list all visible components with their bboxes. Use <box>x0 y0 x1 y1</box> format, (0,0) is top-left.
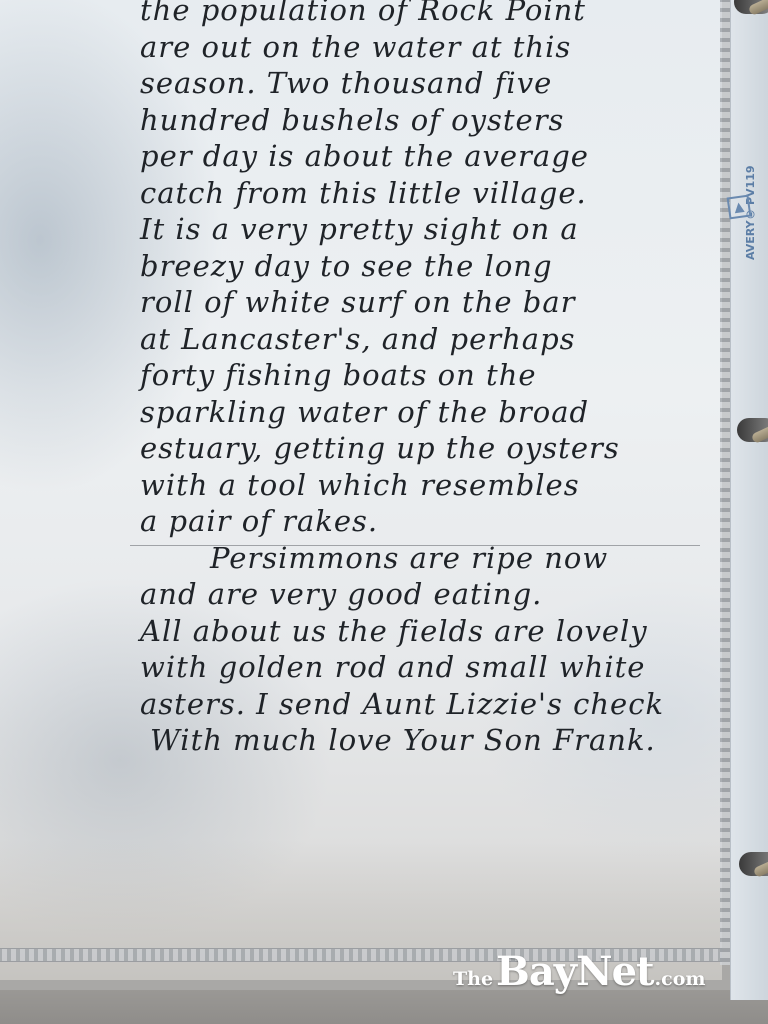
letter-line: per day is about the average <box>140 138 720 175</box>
letter-line: are out on the water at this <box>140 29 720 66</box>
letter-line: season. Two thousand five <box>140 65 720 102</box>
letter-line: estuary, getting up the oysters <box>140 430 720 467</box>
avery-triangle-logo-icon: ▲ <box>727 195 752 220</box>
letter-line: hundred bushels of oysters <box>140 102 720 139</box>
letter-line: the population of Rock Point <box>140 0 720 29</box>
avery-label: AVERY® PV119 <box>736 120 766 260</box>
letter-line: with golden rod and small white <box>140 649 720 686</box>
binder-ring-icon <box>734 0 768 14</box>
ruled-line <box>130 545 700 546</box>
letter-line: All about us the fields are lovely <box>140 613 720 650</box>
watermark-suffix: .com <box>655 968 706 990</box>
watermark-brand: BayNet <box>496 948 653 995</box>
letter-line: roll of white surf on the bar <box>140 284 720 321</box>
thebaynet-watermark: The BayNet .com <box>453 948 705 995</box>
binder-ring-icon <box>739 852 768 876</box>
table-surface <box>0 990 768 1024</box>
letter-line: catch from this little village. <box>140 175 720 212</box>
binder-ring-icon <box>737 418 768 442</box>
letter-text: the population of Rock Point are out on … <box>140 0 720 759</box>
letter-line: with a tool which resembles <box>140 467 720 504</box>
letter-line: at Lancaster's, and perhaps <box>140 321 720 358</box>
letter-line: a pair of rakes. <box>140 503 720 540</box>
letter-line: and are very good eating. <box>140 576 720 613</box>
letter-line: asters. I send Aunt Lizzie's check <box>140 686 720 723</box>
watermark-prefix: The <box>453 968 493 990</box>
sheet-protector-seam-right <box>720 0 730 965</box>
letter-line: breezy day to see the long <box>140 248 720 285</box>
letter-line: sparkling water of the broad <box>140 394 720 431</box>
letter-page: the population of Rock Point are out on … <box>0 0 722 980</box>
letter-line: forty fishing boats on the <box>140 357 720 394</box>
letter-line: It is a very pretty sight on a <box>140 211 720 248</box>
letter-signature: With much love Your Son Frank. <box>140 722 720 759</box>
